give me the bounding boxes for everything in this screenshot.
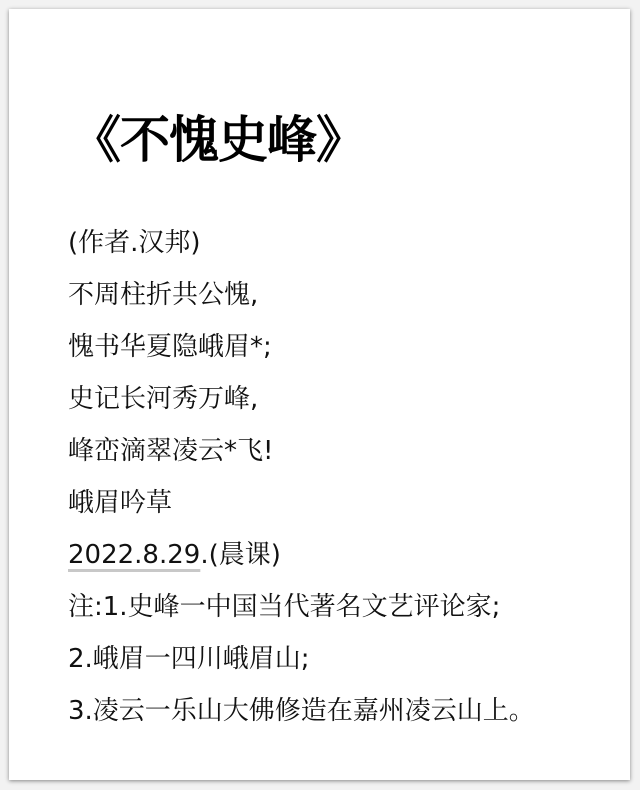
date-suffix: .(晨课) (200, 540, 281, 570)
poem-body: (作者.汉邦) 不周柱折共公愧, 愧书华夏隐峨眉*; 史记长河秀万峰, 峰峦滴翠… (68, 217, 535, 737)
poem-card: 《不愧史峰》 (作者.汉邦) 不周柱折共公愧, 愧书华夏隐峨眉*; 史记长河秀万… (9, 9, 630, 780)
poem-line-3: 史记长河秀万峰, (68, 373, 535, 425)
signature-line: 峨眉吟草 (68, 477, 535, 529)
note-1: 注:1.史峰一中国当代著名文艺评论家; (68, 581, 535, 633)
poem-line-1: 不周柱折共公愧, (68, 269, 535, 321)
poem-title: 《不愧史峰》 (71, 105, 365, 175)
poem-line-2: 愧书华夏隐峨眉*; (68, 321, 535, 373)
date-line: 2022.8.29.(晨课) (68, 529, 535, 581)
note-2: 2.峨眉一四川峨眉山; (68, 633, 535, 685)
author-line: (作者.汉邦) (68, 217, 535, 269)
note-3: 3.凌云一乐山大佛修造在嘉州凌云山上。 (68, 685, 535, 737)
poem-line-4: 峰峦滴翠凌云*飞! (68, 425, 535, 477)
date-value: 2022.8.29 (68, 540, 200, 570)
